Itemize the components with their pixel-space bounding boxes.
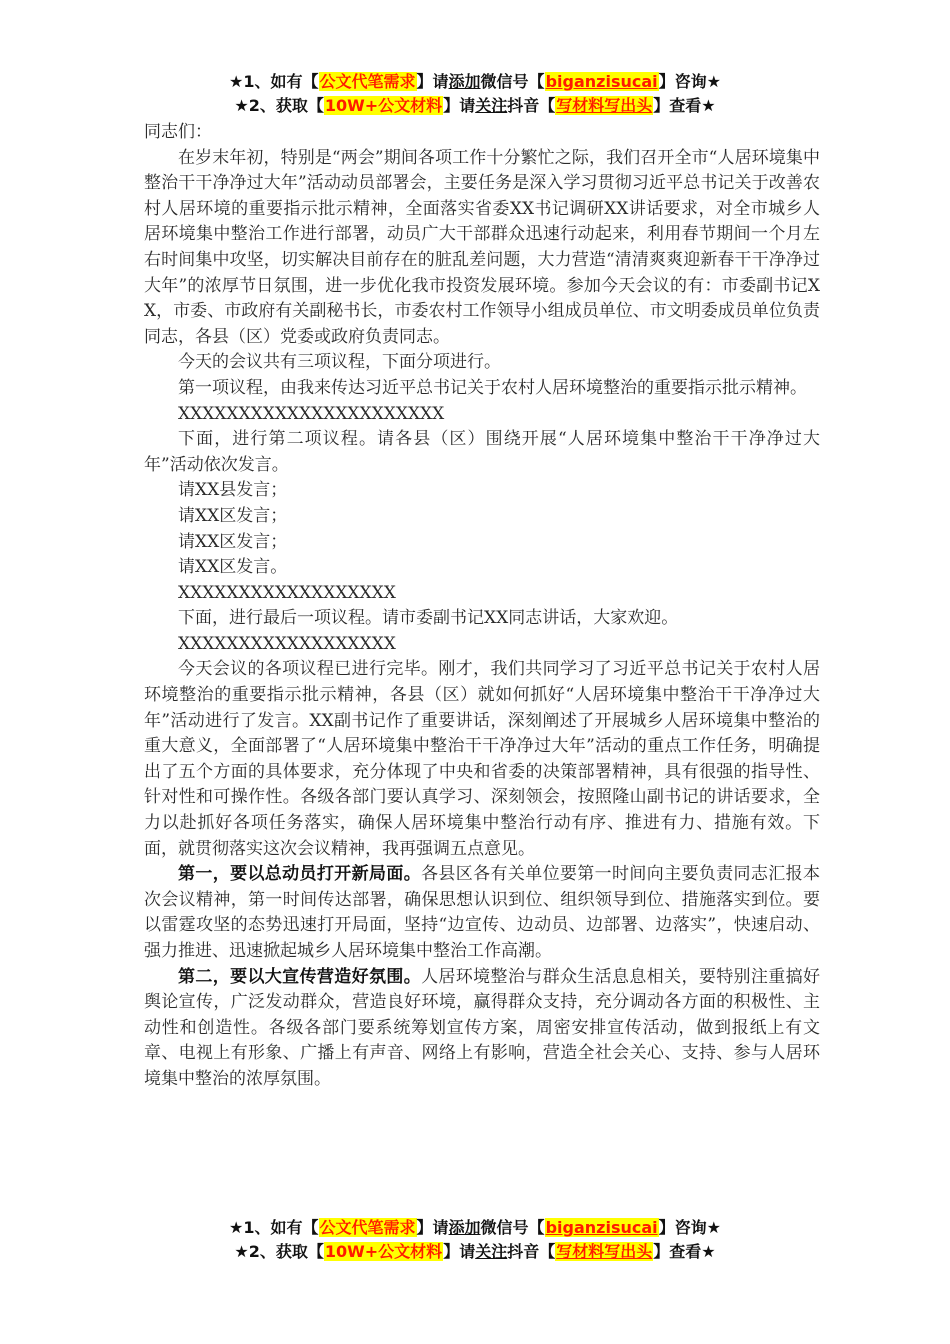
paragraph-summary: 今天会议的各项议程已进行完毕。刚才，我们共同学习了习近平总书记关于农村人居环境整…	[144, 657, 820, 862]
speaker-line: 请XX区发言。	[144, 555, 820, 581]
placeholder-line: XXXXXXXXXXXXXXXXXXXXXX	[144, 402, 820, 428]
paragraph-intro: 在岁末年初，特别是“两会”期间各项工作十分繁忙之际，我们召开全市“人居环境集中整…	[144, 146, 820, 351]
promo-text: ★2、获取【	[234, 96, 323, 115]
paragraph-point-1: 第一，要以总动员打开新局面。各县区各有关单位要第一时间向主要负责同志汇报本次会议…	[144, 862, 820, 964]
promo-text: 抖音【	[507, 96, 555, 115]
douyin-account-link[interactable]: 写材料写出头	[555, 1242, 653, 1261]
speaker-line: 请XX区发言；	[144, 530, 820, 556]
highlight-materials: 10W+公文材料	[324, 96, 443, 115]
highlight-materials: 10W+公文材料	[324, 1242, 443, 1261]
highlight-service: 公文代笔需求	[319, 1218, 417, 1237]
paragraph-item-3: 下面，进行最后一项议程。请市委副书记XX同志讲话，大家欢迎。	[144, 606, 820, 632]
underlined-follow: 关注	[475, 96, 507, 115]
promo-text: 】请	[443, 96, 475, 115]
speaker-line: 请XX县发言；	[144, 478, 820, 504]
promo-line-1: ★1、如有【公文代笔需求】请添加微信号【biganzisucai】咨询★	[0, 70, 950, 94]
point-2-heading: 第二，要以大宣传营造好氛围。	[178, 967, 421, 987]
promo-text: 】请	[417, 72, 449, 91]
promo-text: 抖音【	[507, 1242, 555, 1261]
paragraph-item-1: 第一项议程，由我来传达习近平总书记关于农村人居环境整治的重要指示批示精神。	[144, 376, 820, 402]
promo-line-1: ★1、如有【公文代笔需求】请添加微信号【biganzisucai】咨询★	[0, 1216, 950, 1240]
promo-text: 微信号【	[481, 72, 545, 91]
placeholder-line: XXXXXXXXXXXXXXXXXX	[144, 581, 820, 607]
paragraph-item-2: 下面，进行第二项议程。请各县（区）围绕开展“人居环境集中整治干干净净过大年”活动…	[144, 427, 820, 478]
highlight-service: 公文代笔需求	[319, 72, 417, 91]
promo-banner-bottom: ★1、如有【公文代笔需求】请添加微信号【biganzisucai】咨询★ ★2、…	[0, 1216, 950, 1264]
promo-text: ★1、如有【	[229, 72, 318, 91]
point-1-heading: 第一，要以总动员打开新局面。	[178, 864, 421, 884]
promo-text: 】请	[417, 1218, 449, 1237]
promo-text: 】请	[443, 1242, 475, 1261]
promo-line-2: ★2、获取【10W+公文材料】请关注抖音【写材料写出头】查看★	[0, 94, 950, 118]
promo-text: ★2、获取【	[234, 1242, 323, 1261]
wechat-id-link[interactable]: biganzisucai	[545, 72, 659, 91]
document-page: ★1、如有【公文代笔需求】请添加微信号【biganzisucai】咨询★ ★2、…	[0, 0, 950, 1344]
paragraph-point-2: 第二，要以大宣传营造好氛围。人居环境整治与群众生活息息相关，要特别注重搞好舆论宣…	[144, 965, 820, 1093]
promo-text: ★1、如有【	[229, 1218, 318, 1237]
promo-banner-top: ★1、如有【公文代笔需求】请添加微信号【biganzisucai】咨询★ ★2、…	[0, 70, 950, 118]
speaker-line: 请XX区发言；	[144, 504, 820, 530]
promo-text: 】查看★	[653, 96, 715, 115]
document-body: 同志们： 在岁末年初，特别是“两会”期间各项工作十分繁忙之际，我们召开全市“人居…	[144, 120, 820, 1093]
douyin-account-link[interactable]: 写材料写出头	[555, 96, 653, 115]
promo-text: 微信号【	[481, 1218, 545, 1237]
underlined-follow: 关注	[475, 1242, 507, 1261]
promo-text: 】查看★	[653, 1242, 715, 1261]
wechat-id-link[interactable]: biganzisucai	[545, 1218, 659, 1237]
promo-text: 】咨询★	[659, 72, 721, 91]
promo-line-2: ★2、获取【10W+公文材料】请关注抖音【写材料写出头】查看★	[0, 1240, 950, 1264]
underlined-add: 添加	[449, 1218, 481, 1237]
paragraph-agenda: 今天的会议共有三项议程，下面分项进行。	[144, 350, 820, 376]
salutation: 同志们：	[144, 120, 820, 146]
placeholder-line: XXXXXXXXXXXXXXXXXX	[144, 632, 820, 658]
promo-text: 】咨询★	[659, 1218, 721, 1237]
underlined-add: 添加	[449, 72, 481, 91]
